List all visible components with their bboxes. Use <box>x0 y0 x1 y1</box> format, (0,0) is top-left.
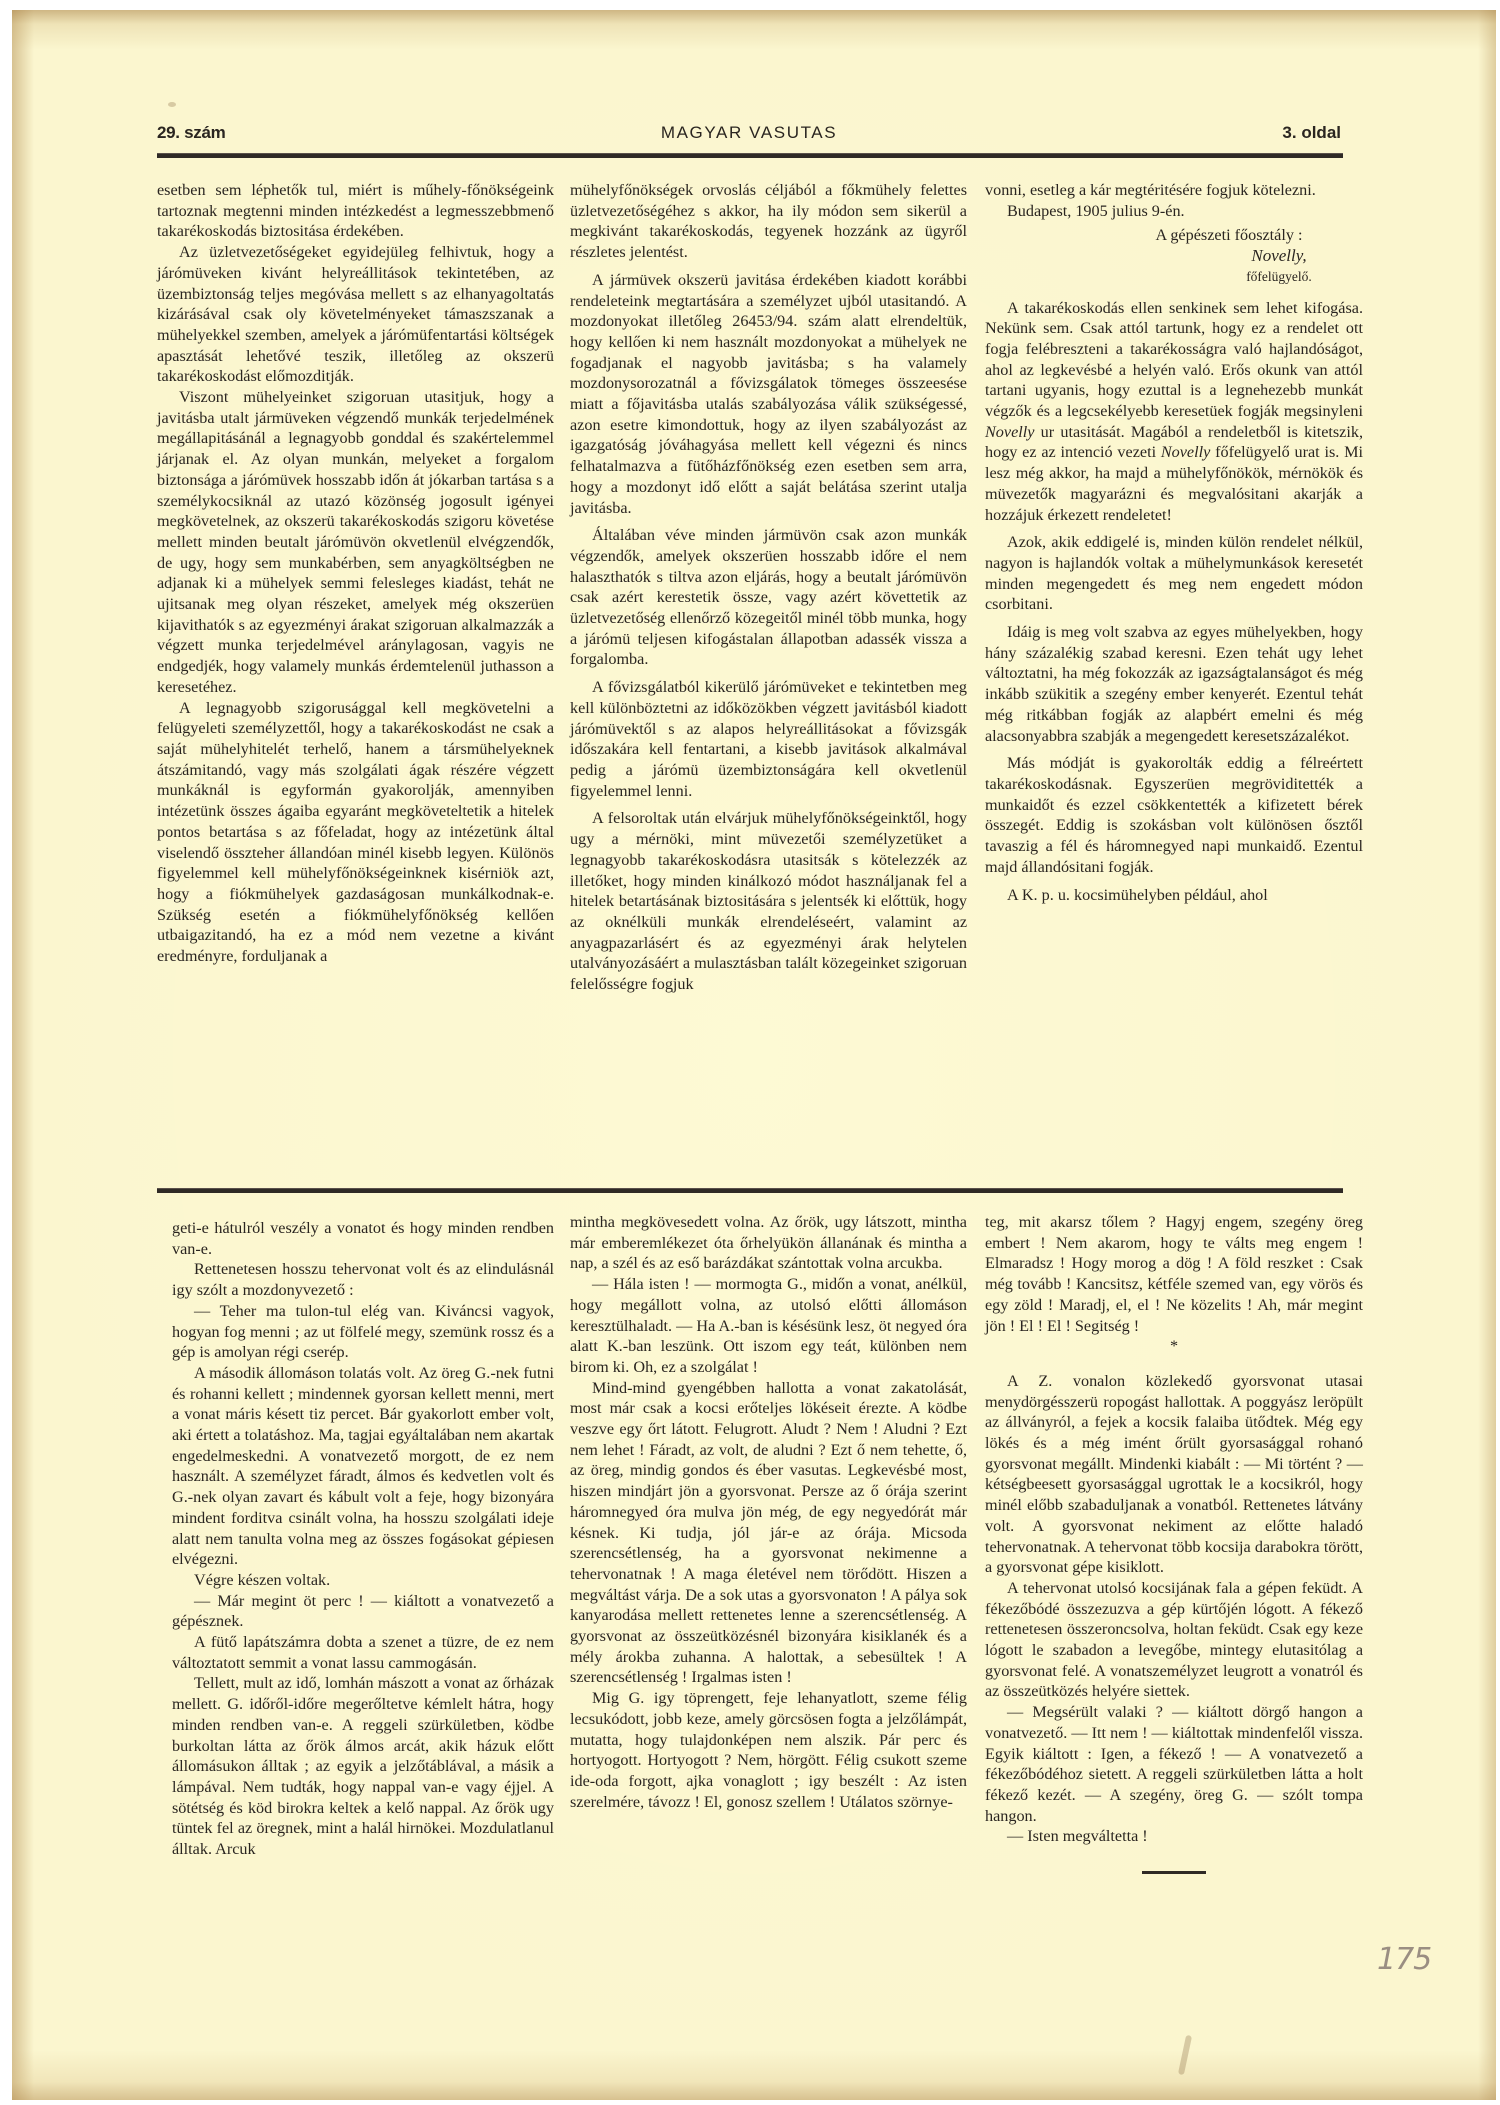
paragraph: A takarékoskodás ellen senkinek sem lehe… <box>985 298 1363 526</box>
paragraph: A tehervonat utolsó kocsijának fala a gé… <box>985 1578 1363 1702</box>
story-monologue: teg, mit akarsz tőlem ? Hagyj engem, sze… <box>985 1212 1363 1336</box>
end-of-story-rule <box>1142 1871 1206 1874</box>
ink-speck <box>168 102 176 107</box>
column-continuation: vonni, esetleg a kár megtéritésére fogju… <box>985 180 1363 201</box>
paragraph: Más módját is gyakorolták eddig a félreé… <box>985 753 1363 877</box>
paragraph: mühelyfőnökségek orvoslás céljából a fők… <box>570 180 967 263</box>
paragraph: — Megsérült valaki ? — kiáltott dörgő ha… <box>985 1702 1363 1826</box>
paragraph: Az üzletvezetőségeket egyidejüleg felhiv… <box>157 242 554 387</box>
paragraph: A második állomáson tolatás volt. Az öre… <box>172 1363 554 1570</box>
paragraph: A jármüvek okszerü javitása érdekében ki… <box>570 270 967 518</box>
paragraph: geti-e hátulról veszély a vonatot és hog… <box>172 1218 554 1259</box>
emphasized-name: Novelly <box>1161 443 1210 461</box>
section-separator-asterisk: * <box>985 1336 1363 1357</box>
paragraph: mintha megkövesedett volna. Az őrök, ugy… <box>570 1212 967 1274</box>
article-column-2: mühelyfőnökségek orvoslás céljából a fők… <box>570 180 967 995</box>
article-column-1: esetben sem léphetők tul, miért is műhel… <box>157 180 554 967</box>
signature-name: Novelly, <box>985 246 1363 267</box>
paragraph: Mig G. igy töprengett, feje lehanyatlott… <box>570 1688 967 1812</box>
header-rule <box>157 153 1343 158</box>
publication-title: MAGYAR VASUTAS <box>157 123 1341 143</box>
section-divider-rule <box>157 1188 1343 1193</box>
paragraph: teg, mit akarsz tőlem ? Hagyj engem, sze… <box>985 1212 1363 1336</box>
paragraph: A felsoroltak után elvárjuk mühelyfőnöks… <box>570 808 967 994</box>
emphasized-name: Novelly <box>985 423 1034 441</box>
story-column-2: mintha megkövesedett volna. Az őrök, ugy… <box>570 1212 967 1812</box>
commentary-body: A takarékoskodás ellen senkinek sem lehe… <box>985 298 1363 906</box>
paragraph: Végre készen voltak. <box>172 1570 554 1591</box>
paragraph: esetben sem léphetők tul, miért is műhel… <box>157 180 554 242</box>
page-number: 3. oldal <box>1282 123 1341 143</box>
paragraph: A fütő lapátszámra dobta a szenet a tüzr… <box>172 1632 554 1673</box>
paragraph: — Isten megváltetta ! <box>985 1826 1363 1847</box>
date-line: Budapest, 1905 julius 9-én. <box>985 201 1363 222</box>
paragraph: Mind-mind gyengébben hallotta a vonat za… <box>570 1378 967 1689</box>
article-column-3: vonni, esetleg a kár megtéritésére fogju… <box>985 180 1363 905</box>
archive-page-mark: 175 <box>1377 1942 1431 1977</box>
paragraph: — Teher ma tulon-tul elég van. Kiváncsi … <box>172 1301 554 1363</box>
paragraph: — Hála isten ! — mormogta G., midőn a vo… <box>570 1274 967 1378</box>
paragraph: A legnagyobb szigorusággal kell megkövet… <box>157 698 554 967</box>
paragraph: Viszont mühelyeinket szigoruan utasitjuk… <box>157 387 554 698</box>
paragraph: A K. p. u. kocsimühelyben például, ahol <box>985 885 1363 906</box>
story-ending: A Z. vonalon közlekedő gyorsvonat utasai… <box>985 1371 1363 1847</box>
story-column-3: teg, mit akarsz tőlem ? Hagyj engem, sze… <box>985 1212 1363 1874</box>
story-column-1: geti-e hátulról veszély a vonatot és hog… <box>172 1218 554 1860</box>
paragraph: Rettenetesen hosszu tehervonat volt és a… <box>172 1259 554 1300</box>
paragraph: Általában véve minden jármüvön csak azon… <box>570 525 967 670</box>
paragraph: — Már megint öt perc ! — kiáltott a vona… <box>172 1591 554 1632</box>
paper-mark <box>1178 2035 1192 2075</box>
page-header: 29. szám MAGYAR VASUTAS 3. oldal <box>157 123 1341 147</box>
signature-department: A gépészeti főosztály : <box>985 225 1363 246</box>
paragraph: Idáig is meg volt szabva az egyes mühely… <box>985 622 1363 746</box>
paragraph: Tellett, mult az idő, lomhán mászott a v… <box>172 1673 554 1859</box>
paragraph: A fővizsgálatból kikerülő járómüveket e … <box>570 677 967 801</box>
paragraph: Azok, akik eddigelé is, minden külön ren… <box>985 532 1363 615</box>
signature-title: főfelügyelő. <box>985 267 1363 288</box>
paragraph: A Z. vonalon közlekedő gyorsvonat utasai… <box>985 1371 1363 1578</box>
